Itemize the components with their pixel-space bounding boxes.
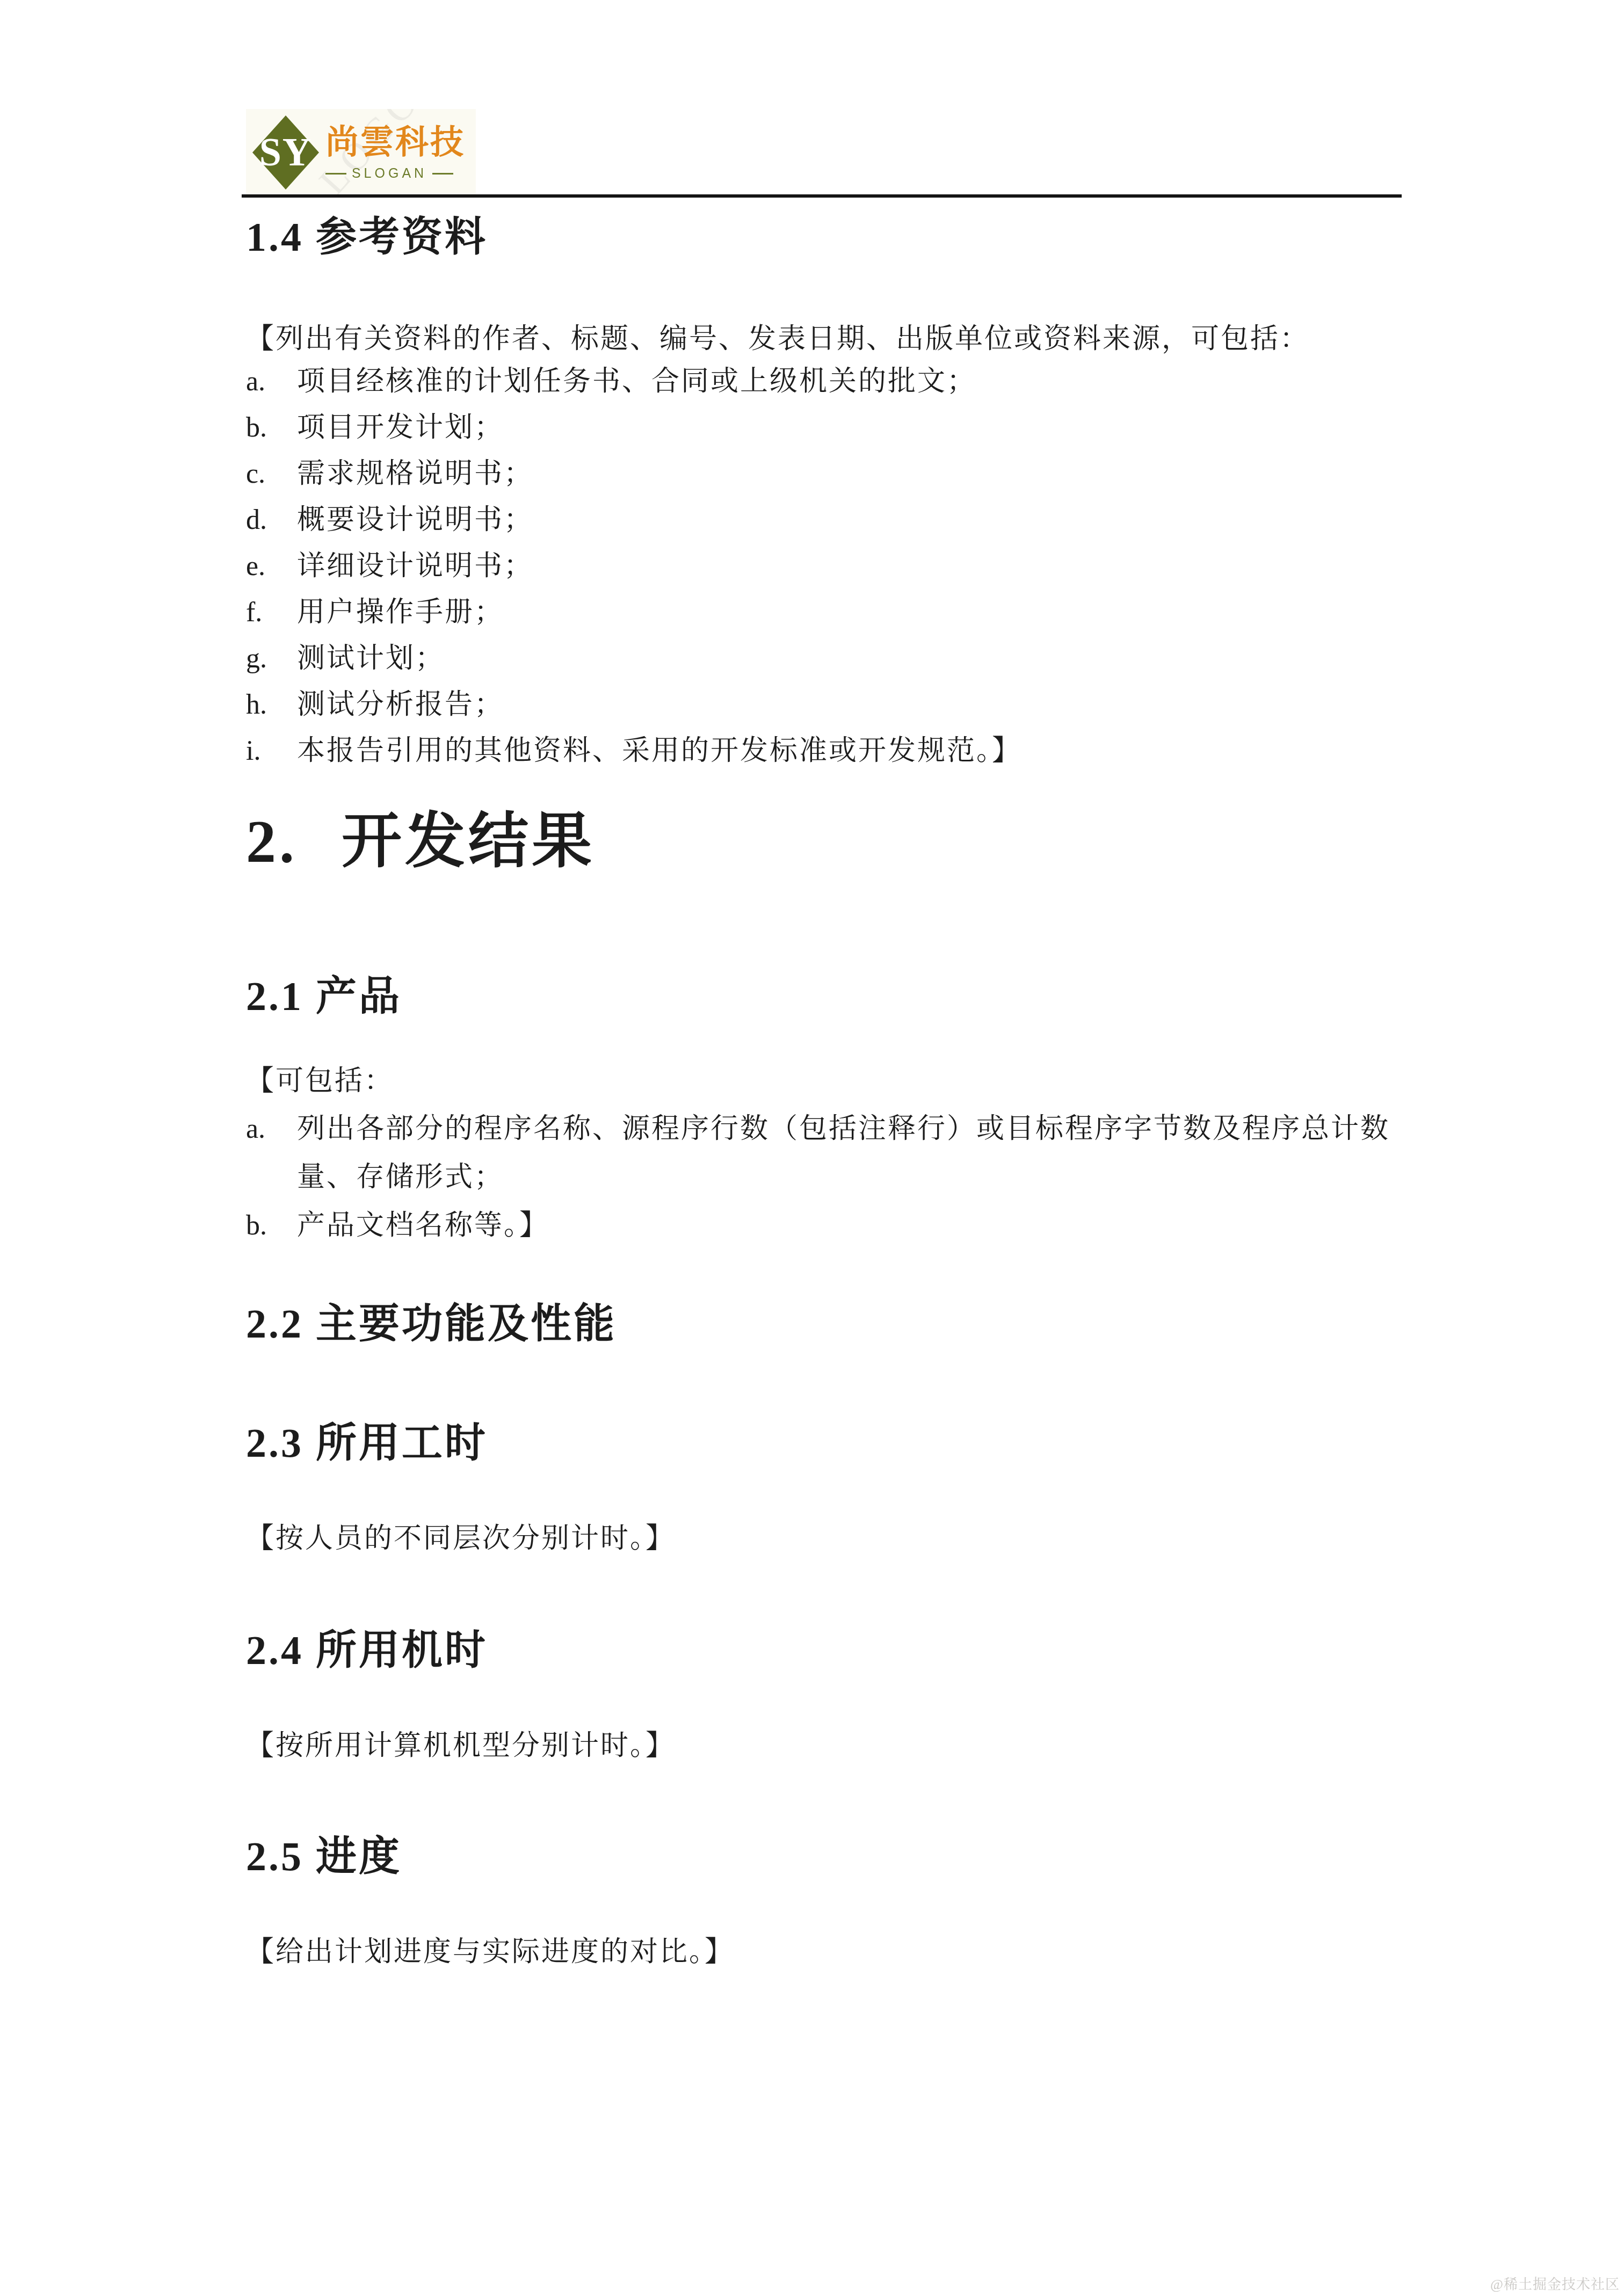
slogan-left-line bbox=[325, 173, 346, 175]
list-marker: i. bbox=[246, 728, 297, 774]
logo-slogan-row: SLOGAN bbox=[325, 166, 453, 181]
list-item: h. 测试分析报告； bbox=[246, 682, 1406, 728]
list-item: i. 本报告引用的其他资料、采用的开发标准或开发规范。】 bbox=[246, 728, 1406, 774]
section-heading-2-3: 2.3 所用工时 bbox=[246, 1419, 488, 1468]
list-marker: g. bbox=[246, 636, 297, 682]
list-item-text: 本报告引用的其他资料、采用的开发标准或开发规范。】 bbox=[297, 728, 1403, 774]
list-item-text: 测试计划； bbox=[297, 636, 1403, 682]
list-item-text: 需求规格说明书； bbox=[297, 451, 1403, 497]
section-heading-2-2: 2.2 主要功能及性能 bbox=[246, 1299, 617, 1349]
section-2-4-note: 【按所用计算机机型分别计时。】 bbox=[246, 1730, 1379, 1762]
logo-slogan: SLOGAN bbox=[346, 166, 432, 181]
section-2-1-intro: 【可包括： bbox=[246, 1065, 1379, 1098]
list-item: f. 用户操作手册； bbox=[246, 590, 1406, 636]
logo-company-name: 尚雲科技 bbox=[325, 124, 465, 162]
list-item: b. 项目开发计划； bbox=[246, 405, 1406, 451]
section-2-5-note: 【给出计划进度与实际进度的对比。】 bbox=[246, 1936, 1379, 1968]
section-heading-2-5: 2.5 进度 bbox=[246, 1832, 402, 1881]
section-heading-1-4: 1.4 参考资料 bbox=[246, 213, 488, 262]
community-watermark: @稀土掘金技术社区 bbox=[1490, 2273, 1620, 2293]
list-marker: b. bbox=[246, 405, 297, 451]
list-item-text: 产品文档名称等。】 bbox=[297, 1202, 1403, 1250]
section-heading-2-1: 2.1 产品 bbox=[246, 972, 402, 1021]
list-marker: c. bbox=[246, 451, 297, 497]
list-item-text: 列出各部分的程序名称、源程序行数（包括注释行）或目标程序字节数及程序总计数量、存… bbox=[297, 1105, 1403, 1202]
logo-monogram: SY bbox=[252, 115, 319, 190]
list-item: d. 概要设计说明书； bbox=[246, 497, 1406, 543]
list-item: c. 需求规格说明书； bbox=[246, 451, 1406, 497]
header-divider bbox=[242, 194, 1402, 198]
list-marker: h. bbox=[246, 682, 297, 728]
list-marker: b. bbox=[246, 1202, 297, 1250]
list-item: a. 列出各部分的程序名称、源程序行数（包括注释行）或目标程序字节数及程序总计数… bbox=[246, 1105, 1406, 1202]
list-item-text: 用户操作手册； bbox=[297, 590, 1403, 636]
document-page: LOGO SY 尚雲科技 SLOGAN 1.4 参考资料 【列出有关资料的作者、… bbox=[0, 0, 1624, 2296]
list-item: g. 测试计划； bbox=[246, 636, 1406, 682]
list-item-text: 详细设计说明书； bbox=[297, 543, 1403, 590]
list-marker: a. bbox=[246, 359, 297, 405]
list-marker: f. bbox=[246, 590, 297, 636]
chapter-heading-2: 2. 开发结果 bbox=[246, 804, 595, 880]
reference-list: a. 项目经核准的计划任务书、合同或上级机关的批文； b. 项目开发计划； c.… bbox=[246, 359, 1406, 774]
slogan-right-line bbox=[432, 173, 453, 175]
list-item: b. 产品文档名称等。】 bbox=[246, 1202, 1406, 1250]
section-heading-2-4: 2.4 所用机时 bbox=[246, 1626, 488, 1675]
list-item-text: 项目经核准的计划任务书、合同或上级机关的批文； bbox=[297, 359, 1403, 405]
list-marker: d. bbox=[246, 497, 297, 543]
list-item-text: 测试分析报告； bbox=[297, 682, 1403, 728]
list-item-text: 概要设计说明书； bbox=[297, 497, 1403, 543]
section-1-4-intro: 【列出有关资料的作者、标题、编号、发表日期、出版单位或资料来源，可包括： bbox=[246, 323, 1379, 355]
list-item: a. 项目经核准的计划任务书、合同或上级机关的批文； bbox=[246, 359, 1406, 405]
list-item-text: 项目开发计划； bbox=[297, 405, 1403, 451]
section-2-3-note: 【按人员的不同层次分别计时。】 bbox=[246, 1523, 1379, 1555]
list-marker: e. bbox=[246, 543, 297, 590]
product-list: a. 列出各部分的程序名称、源程序行数（包括注释行）或目标程序字节数及程序总计数… bbox=[246, 1105, 1406, 1250]
list-item: e. 详细设计说明书； bbox=[246, 543, 1406, 590]
company-logo: LOGO SY 尚雲科技 SLOGAN bbox=[246, 109, 476, 195]
list-marker: a. bbox=[246, 1105, 297, 1202]
